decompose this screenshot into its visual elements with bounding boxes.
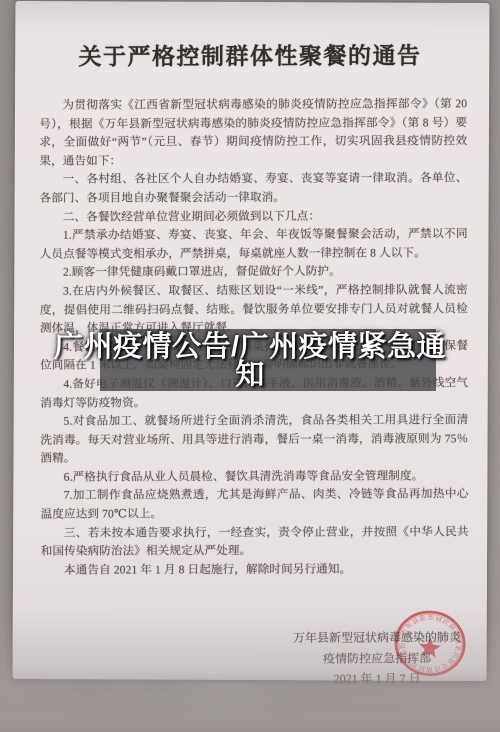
notice-paragraph: 为贯彻落实《江西省新型冠状病毒感染的肺炎疫情防控应急指挥部令》（第 20 号），…	[39, 95, 467, 171]
notice-paragraph: 二、各餐饮经营单位营业期间必须做到以下几点：	[40, 207, 468, 227]
news-photo: { "overlay": { "caption": "广州疫情公告/广州疫情紧急…	[0, 0, 500, 732]
notice-paragraph: 三、若未按本通告要求执行，一经查实，责令停止营业，并按照《中华人民共和国传染病防…	[41, 523, 469, 562]
overlay-caption: 广州疫情公告/广州疫情紧急通知	[42, 333, 458, 389]
notice-paragraph: 6.严格执行食品从业人员晨检、餐饮具清洗消毒等食品安全管理制度。	[40, 467, 468, 487]
notice-paragraph: 5.对食品加工、就餐场所进行全面消杀清洗，食品各类相关工用具进行全面清洗消毒。每…	[40, 411, 468, 468]
photo-bottom-fade	[0, 668, 500, 732]
notice-paragraph: 2.顾客一律凭健康码戴口罩进店，督促做好个人防护。	[40, 263, 468, 283]
notice-paragraph: 本通告自 2021 年 1 月 8 日起施行，解除时间另行通知。	[41, 560, 469, 580]
notice-title: 关于严格控制群体性聚餐的通告	[23, 37, 477, 72]
notice-paragraph: 1.严禁承办结婚宴、寿宴、丧宴、年会、年夜饭等聚餐聚会活动，严禁以不同人员点餐等…	[40, 225, 468, 264]
notice-paragraph: 一、各村组、各社区个人自办结婚宴、寿宴、丧宴等宴请一律取消。各单位、各部门、各项…	[39, 170, 467, 209]
notice-paragraph: 7.加工制作食品应烧熟煮透，尤其是海鲜产品、肉类、冷链等食品再加热中心温度应达到…	[41, 486, 469, 525]
